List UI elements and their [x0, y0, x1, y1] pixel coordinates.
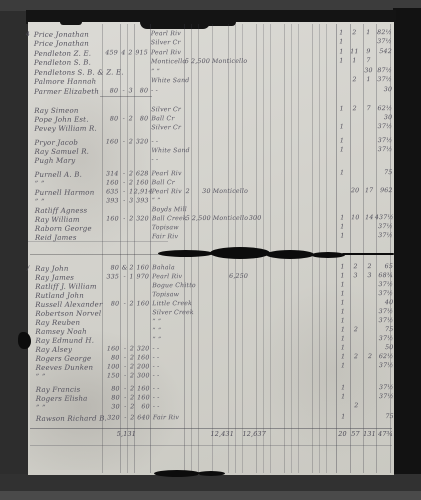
watercourse-cell: ” ”	[152, 319, 186, 325]
acres-cell: 160	[100, 216, 119, 222]
watercourse-cell: Ball Creek	[152, 216, 186, 222]
watercourse-cell: Little Creek	[152, 301, 186, 307]
acres-cell: 150	[101, 373, 120, 379]
land-value-cell: 2,914	[134, 189, 149, 195]
tax-amount-cell: 75	[375, 170, 393, 176]
dash-cell: -	[120, 139, 127, 145]
tax-amount-cell: 37½	[374, 138, 392, 144]
slaves-cell: 2	[349, 327, 362, 333]
lots-place-cell: Monticello	[212, 59, 242, 65]
watercourse-cell: ” ”	[152, 337, 186, 343]
poll-cell: 1	[338, 215, 347, 221]
lots-count-cell: 5	[183, 59, 191, 65]
poll-cell: 1	[337, 58, 346, 64]
dash-cell: -	[120, 88, 127, 94]
slaves-cell: 2	[348, 30, 361, 36]
poll-cell: 1	[338, 327, 347, 333]
watercourse-cell: Pearl Riv	[151, 50, 185, 56]
dash-cell: -	[122, 386, 129, 392]
acres-cell: 80	[101, 386, 120, 392]
total-mid-value: 12,637	[238, 431, 266, 437]
slaves-cell: 20	[349, 188, 362, 194]
watercourse-cell: - -	[152, 157, 186, 163]
ledger-row: Reid JamesFair Riv137½	[0, 233, 421, 244]
acres-cell: 100	[101, 364, 120, 370]
name-cell: ” ”	[36, 405, 106, 412]
poll-cell: 1	[337, 30, 346, 36]
land-value-cell: 160	[135, 395, 150, 401]
land-value-cell: 160	[134, 265, 149, 271]
lots-value-cell: 2,500	[191, 59, 210, 65]
ledger-photo: 4Price JonathanPearl Riv12182½Price Jona…	[0, 0, 421, 500]
watercourse-cell: - -	[153, 386, 187, 392]
poll-cell: 1	[339, 363, 348, 369]
dash-cell: -	[120, 116, 127, 122]
paper-edge-hole	[154, 470, 200, 477]
margin-mark: /	[27, 266, 35, 272]
poll-cell: 1	[338, 273, 347, 279]
watercourse-cell: Silver Cr	[151, 125, 185, 131]
land-value-cell: 393	[134, 198, 149, 204]
name-cell: Ray John	[35, 266, 105, 273]
poll-cell: 1	[339, 354, 348, 360]
total-col1: 20	[338, 431, 347, 437]
acres-cell: 160	[101, 346, 120, 352]
watercourse-cell: Fair Riv	[153, 415, 187, 421]
name-cell: Pendletons S. B. & Z. E.	[34, 70, 104, 77]
name-cell: Ray William	[35, 217, 105, 224]
tax-amount-cell: 30	[374, 115, 392, 121]
tax-amount-cell: 37½	[374, 77, 392, 83]
name-cell: Pendleton S. B.	[34, 60, 104, 67]
slaves-cell: 11	[348, 49, 361, 55]
name-cell: Reeves Dunken	[36, 365, 106, 372]
land-value-cell: 320	[133, 139, 148, 145]
poll-cell: 1	[339, 345, 348, 351]
tear-hole	[311, 252, 345, 258]
dash-cell: -	[122, 404, 129, 410]
name-cell: Ray Edmund H.	[35, 338, 105, 345]
extra-value-cell: 6,250	[226, 274, 248, 280]
poll-cell: 1	[337, 106, 346, 112]
name-cell: Price Jonathan	[34, 41, 104, 48]
acres-cell: 393	[100, 198, 119, 204]
watercourse-cell: - -	[153, 346, 187, 352]
poll-cell: 1	[338, 170, 347, 176]
watercourse-cell: Silver Creek	[152, 310, 186, 316]
extra-amount-cell: 300	[249, 216, 263, 222]
slaves-cell: 2	[348, 77, 361, 83]
land-value-cell: 300	[135, 373, 150, 379]
name-cell: Pendleton Z. E.	[34, 51, 104, 58]
poll-cell: 1	[338, 282, 347, 288]
poll-cell: 1	[337, 39, 346, 45]
tax-amount-cell: 75	[376, 414, 394, 420]
dash-cell: -	[121, 274, 128, 280]
name-cell: ” ”	[35, 199, 105, 206]
tax-amount-cell: 50	[376, 345, 394, 351]
slaves-cell: 10	[349, 215, 362, 221]
poll-cell: 1	[338, 233, 347, 239]
name-cell: Rawson Richard B.	[36, 416, 106, 423]
poll-cell: 1	[338, 309, 347, 315]
watercourse-cell: - -	[153, 364, 187, 370]
name-cell: Purnell A. B.	[35, 172, 105, 179]
ledger-entries: 4Price JonathanPearl Riv12182½Price Jona…	[0, 0, 421, 500]
poll-cell: 1	[338, 300, 347, 306]
name-cell: ” ”	[35, 181, 105, 188]
dash-cell: &	[121, 265, 128, 271]
poll-cell: 1	[339, 385, 348, 391]
tax-amount-cell: 37½	[375, 309, 393, 315]
poll-cell: 1	[338, 318, 347, 324]
acres-cell: 314	[100, 171, 119, 177]
dash-cell: -	[121, 180, 128, 186]
tear-hole	[266, 250, 314, 259]
tax-amount-cell: 37½	[375, 282, 393, 288]
tax-amount-cell: 37½	[376, 363, 394, 369]
watercourse-cell: Fair Riv	[152, 234, 186, 240]
watercourse-cell: Pearl Riv	[151, 31, 185, 37]
watercourse-cell: Monticello	[151, 59, 185, 65]
watercourse-cell: Topisaw	[152, 225, 186, 231]
land-value-cell: 628	[134, 171, 149, 177]
acres-cell: 80	[100, 265, 119, 271]
watercourse-cell: ” ”	[152, 198, 186, 204]
tax-amount-cell: 437½	[375, 215, 393, 221]
land-value-cell: 320	[134, 216, 149, 222]
name-cell: Parmer Elizabeth	[34, 89, 104, 96]
tax-amount-cell: 87½	[374, 68, 392, 74]
watercourse-cell: Ball Cr	[151, 116, 185, 122]
poll-cell: 1	[337, 147, 346, 153]
tear-hole	[158, 250, 213, 257]
watercourse-cell: - -	[151, 139, 185, 145]
poll-cell: 1	[337, 49, 346, 55]
dash-cell: -	[121, 216, 128, 222]
total-tax: 47¾	[375, 431, 393, 437]
tax-amount-cell: 82½	[374, 30, 392, 36]
acres-cell: 80	[101, 355, 120, 361]
paper-edge-hole	[197, 471, 225, 476]
tax-amount-cell: 37½	[375, 336, 393, 342]
name-cell: Rutland John	[35, 293, 105, 300]
name-cell: Pope John Est.	[34, 117, 104, 124]
tax-amount-cell: 37½	[376, 394, 394, 400]
tax-amount-cell: 37½	[376, 385, 394, 391]
watercourse-cell: Bogue Chitto	[152, 283, 186, 289]
acres-cell: 80	[99, 88, 118, 94]
watercourse-cell: White Sand	[151, 148, 185, 154]
acres-cell: 80	[101, 395, 120, 401]
name-cell: Ratliff J. William	[35, 284, 105, 291]
acres-cell: 459	[99, 50, 118, 56]
tax-amount-cell: 37½	[374, 147, 392, 153]
tax-amount-cell: 542	[374, 49, 392, 55]
ledger-row: ” ”150-2300- -	[1, 372, 421, 383]
count-cell: 7	[362, 58, 375, 64]
tear-line	[342, 253, 394, 255]
slaves-cell: 3	[349, 273, 362, 279]
lots-value-cell: 2,500	[192, 216, 211, 222]
poll-cell: 1	[338, 336, 347, 342]
land-value-cell: 160	[135, 386, 150, 392]
name-cell: Raborn George	[35, 226, 105, 233]
name-cell: Price Jonathan	[34, 32, 104, 39]
name-cell: Rogers George	[36, 356, 106, 363]
poll-cell: 1	[337, 124, 346, 130]
tax-amount-cell: 37½	[375, 291, 393, 297]
tax-amount-cell: 40	[375, 300, 393, 306]
land-value-cell: 200	[135, 364, 150, 370]
slaves-cell: 2	[348, 106, 361, 112]
acres-cell: 160	[99, 139, 118, 145]
land-value-cell: 80	[133, 88, 148, 94]
dash-cell: 4	[120, 50, 127, 56]
slaves-cell: 2	[350, 354, 363, 360]
dash-cell: -	[121, 171, 128, 177]
dash-cell: -	[122, 395, 129, 401]
ledger-row: Pugh Mary- -	[0, 156, 421, 167]
name-cell: Robertson Norvel	[35, 311, 105, 318]
tax-amount-cell: 65	[375, 264, 393, 270]
acres-cell: 335	[100, 274, 119, 280]
watercourse-cell: White Sand	[151, 78, 185, 84]
watercourse-cell: Silver Cr	[151, 40, 185, 46]
acres-cell: 80	[99, 116, 118, 122]
watercourse-cell: Bahala	[152, 265, 186, 271]
name-cell: Ray Alsey	[36, 347, 106, 354]
total-col2: 57	[349, 431, 362, 437]
land-value-cell: 970	[134, 274, 149, 280]
slaves-cell: 1	[348, 58, 361, 64]
tax-amount-cell: 37½	[374, 39, 392, 45]
lots-count-cell: 2	[184, 189, 192, 195]
tear-line	[30, 254, 160, 255]
watercourse-cell: - -	[153, 404, 187, 410]
watercourse-cell: ” ”	[152, 328, 186, 334]
poll-cell: 1	[337, 138, 346, 144]
name-cell: Ray Samuel R.	[34, 149, 104, 156]
total-lots-value: 12,431	[204, 431, 234, 437]
tear-hole	[210, 247, 270, 259]
tax-amount-cell: 30	[374, 87, 392, 93]
tax-amount-cell: 37½	[374, 124, 392, 130]
watercourse-cell: Boyds Mill	[152, 207, 186, 213]
poll-cell: 1	[339, 394, 348, 400]
name-cell: Ray Francis	[36, 387, 106, 394]
paper-edge-hole	[18, 332, 31, 349]
name-cell: Ray Reuben	[35, 320, 105, 327]
acres-cell: 30	[101, 404, 120, 410]
watercourse-cell: - -	[151, 88, 185, 94]
tax-amount-cell: 37½	[375, 318, 393, 324]
name-cell: Pevey William R.	[34, 126, 104, 133]
name-cell: ” ”	[36, 374, 106, 381]
dash-cell: -	[121, 198, 128, 204]
name-cell: Ratliff Agness	[35, 208, 105, 215]
watercourse-cell: Pearl Riv	[152, 189, 186, 195]
ledger-row: Rawson Richard B.320-2640Fair Riv175	[1, 414, 421, 425]
land-value-cell: 160	[134, 180, 149, 186]
land-value-cell: 80	[133, 116, 148, 122]
land-value-cell: 60	[135, 404, 150, 410]
tax-amount-cell: 62½	[376, 354, 394, 360]
tax-amount-cell: 68¾	[375, 273, 393, 279]
tax-amount-cell: 37½	[375, 233, 393, 239]
watercourse-cell: ” ”	[151, 69, 185, 75]
land-value-cell: 640	[135, 415, 150, 421]
watercourse-cell: Topisaw	[152, 292, 186, 298]
name-cell: Ramsey Noah	[35, 329, 105, 336]
dash-cell: -	[122, 355, 129, 361]
land-value-cell: 160	[135, 355, 150, 361]
ledger-row: ” ”30-260- -2	[1, 403, 421, 414]
name-cell: Reid James	[35, 235, 105, 242]
acres-cell: 320	[101, 415, 120, 421]
acres-cell: 635	[100, 189, 119, 195]
acres-cell: 160	[100, 180, 119, 186]
name-cell: Rogers Elisha	[36, 396, 106, 403]
tax-amount-cell: 62½	[374, 106, 392, 112]
name-cell: Ray Simeon	[34, 108, 104, 115]
name-cell: Pugh Mary	[35, 158, 105, 165]
poll-cell: 1	[338, 291, 347, 297]
name-cell: Palmore Hannah	[34, 79, 104, 86]
watercourse-cell: - -	[153, 395, 187, 401]
tax-amount-cell: 75	[375, 327, 393, 333]
dash-cell: -	[121, 301, 128, 307]
watercourse-cell: Silver Cr	[151, 107, 185, 113]
name-cell: Purnell Harmon	[35, 190, 105, 197]
tax-amount-cell: 37½	[375, 224, 393, 230]
lots-place-cell: Monticello	[213, 216, 243, 222]
total-land-value: 5,131	[110, 431, 136, 437]
land-value-cell: 160	[134, 301, 149, 307]
watercourse-cell: Ball Cr	[152, 180, 186, 186]
poll-cell: 1	[338, 224, 347, 230]
ledger-row: Pevey William R.Silver Cr137½	[0, 124, 420, 135]
dash-cell: -	[122, 415, 129, 421]
watercourse-cell: - -	[153, 373, 187, 379]
poll-cell: 1	[338, 264, 347, 270]
margin-mark: 4	[26, 32, 34, 38]
dash-cell: -	[122, 346, 129, 352]
watercourse-cell: Pearl Riv	[152, 274, 186, 280]
acres-cell: 80	[100, 301, 119, 307]
lots-place-cell: Monticello	[213, 189, 243, 195]
lots-count-cell: 5	[184, 216, 192, 222]
name-cell: Russell Alexander	[35, 302, 105, 309]
slaves-cell: 2	[349, 264, 362, 270]
dash-cell: -	[122, 364, 129, 370]
ledger-row: Parmer Elizabeth80-380- -30	[0, 87, 420, 98]
name-cell: Ray James	[35, 275, 105, 282]
dash-cell: -	[121, 189, 128, 195]
slaves-cell: 2	[350, 403, 363, 409]
poll-cell: 1	[339, 414, 348, 420]
watercourse-cell: Pearl Riv	[152, 171, 186, 177]
name-cell: Pryor Jacob	[34, 140, 104, 147]
lots-value-cell: 30	[192, 189, 211, 195]
tax-amount-cell: 962	[375, 188, 393, 194]
land-value-cell: 915	[133, 50, 148, 56]
watercourse-cell: - -	[153, 355, 187, 361]
land-value-cell: 320	[135, 346, 150, 352]
dash-cell: -	[122, 373, 129, 379]
